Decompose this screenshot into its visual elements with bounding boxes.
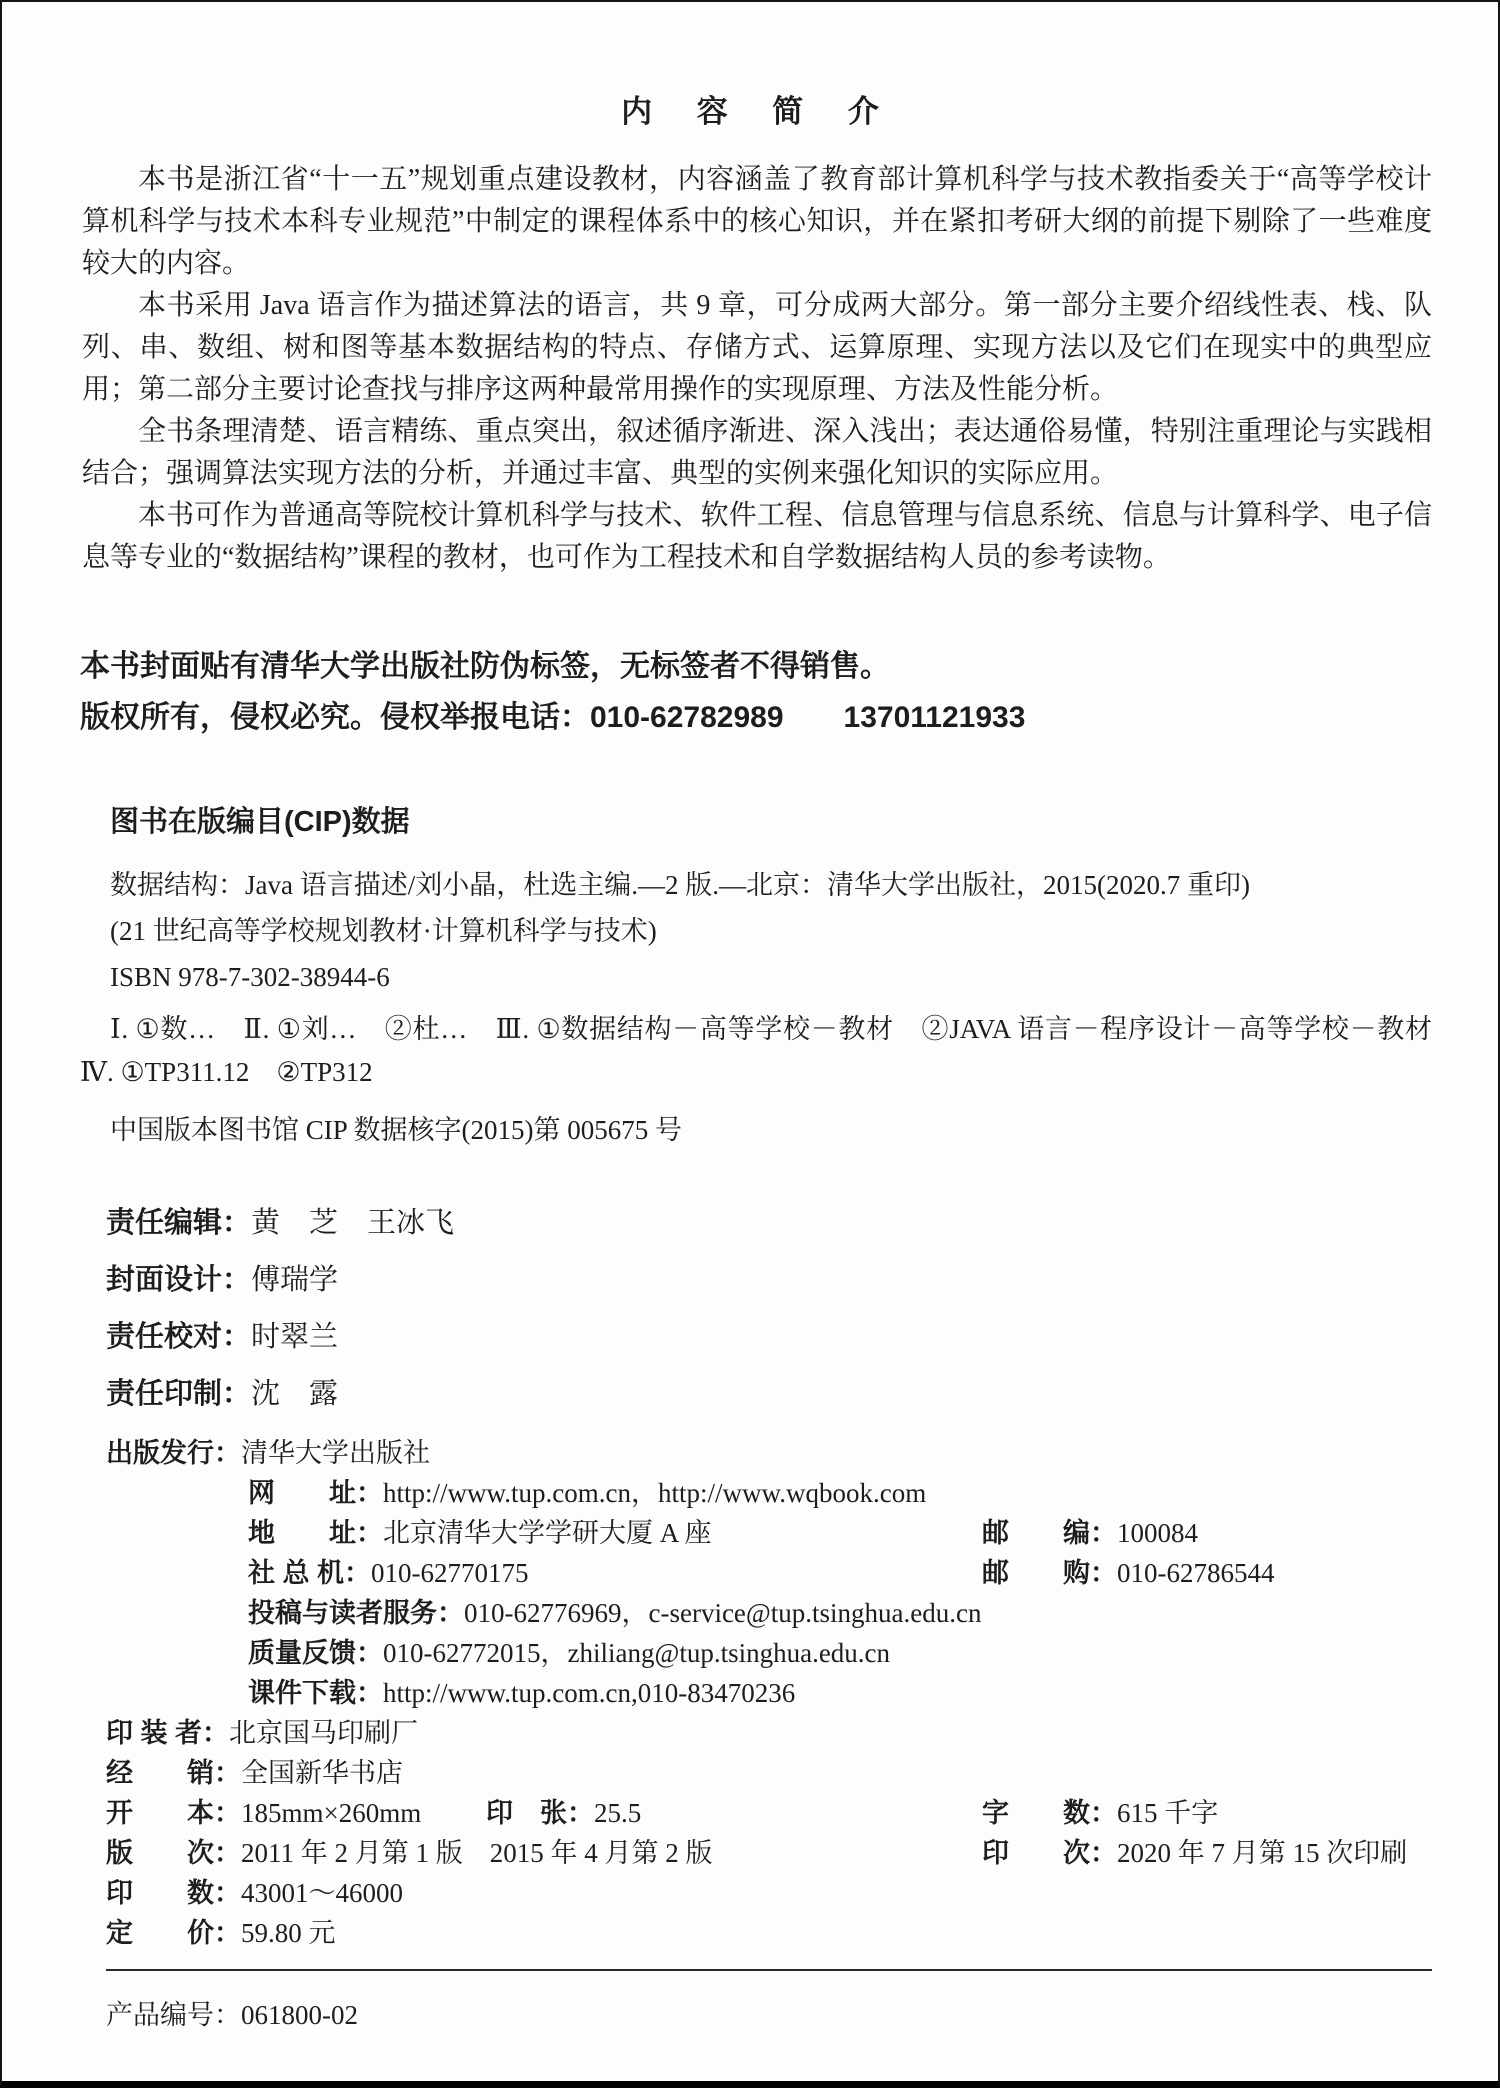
pub-value: 59.80 元: [241, 1918, 336, 1948]
pub-label: 印 数：: [106, 1878, 241, 1908]
pub-label: 地 址：: [248, 1518, 383, 1548]
pub-value: 43001～46000: [241, 1878, 403, 1908]
pub-value: 北京清华大学学研大厦 A 座: [383, 1518, 712, 1548]
pub-label: 印 张：: [486, 1798, 594, 1828]
pub-value: 010-62772015，zhiliang@tup.tsinghua.edu.c…: [383, 1638, 890, 1668]
credit-row: 责任校对：时翠兰: [106, 1309, 1498, 1366]
pub-right-col: 字 数：615 千字: [982, 1793, 1218, 1833]
product-code: 产品编号：061800-02: [106, 1993, 1498, 2032]
pub-value: 185mm×260mm: [241, 1798, 421, 1828]
intro-paragraph-3: 全书条理清楚、语言精练、重点突出，叙述循序渐进、深入浅出；表达通俗易懂，特别注重…: [82, 411, 1432, 495]
pub-value: 010-62776969，c-service@tup.tsinghua.edu.…: [464, 1598, 982, 1628]
pub-label: 社 总 机：: [248, 1558, 371, 1588]
cip-isbn: ISBN 978-7-302-38944-6: [110, 954, 1432, 1000]
divider-line: [106, 1969, 1432, 1971]
pub-value: 北京国马印刷厂: [229, 1718, 418, 1748]
pub-value: 010-62786544: [1117, 1558, 1275, 1588]
pub-right-col: 邮 编：100084: [982, 1513, 1198, 1553]
pub-value: http://www.tup.com.cn，http://www.wqbook.…: [383, 1478, 926, 1508]
credit-value: 时翠兰: [251, 1321, 338, 1353]
credit-label: 封面设计：: [106, 1264, 251, 1296]
pub-mid-col: 印 张：25.5: [486, 1798, 641, 1828]
pub-label: 开 本：: [106, 1798, 241, 1828]
pub-value: 25.5: [594, 1798, 641, 1828]
pub-value: 615 千字: [1117, 1798, 1218, 1828]
pub-row-reader-service: 投稿与读者服务：010-62776969，c-service@tup.tsing…: [106, 1593, 1498, 1633]
pub-right-col: 印 次：2020 年 7 月第 15 次印刷: [982, 1833, 1407, 1873]
pub-label: 邮 编：: [982, 1518, 1117, 1548]
pub-row-courseware: 课件下载：http://www.tup.com.cn,010-83470236: [106, 1673, 1498, 1713]
pub-label: 质量反馈：: [248, 1638, 383, 1668]
pub-value: http://www.tup.com.cn,010-83470236: [383, 1678, 795, 1708]
book-copyright-page: 内 容 简 介 本书是浙江省“十一五”规划重点建设教材，内容涵盖了教育部计算机科…: [0, 0, 1500, 2088]
pub-row-printer: 印 装 者：北京国马印刷厂: [106, 1713, 1498, 1753]
pub-value: 清华大学出版社: [241, 1438, 430, 1468]
pub-row-quality-feedback: 质量反馈：010-62772015，zhiliang@tup.tsinghua.…: [106, 1633, 1498, 1673]
credit-label: 责任编辑：: [106, 1207, 251, 1239]
pub-value: 全国新华书店: [241, 1758, 403, 1788]
intro-paragraph-1: 本书是浙江省“十一五”规划重点建设教材，内容涵盖了教育部计算机科学与技术教指委关…: [82, 159, 1432, 285]
credit-row: 责任编辑：黄 芝 王冰飞: [106, 1195, 1498, 1252]
pub-label: 投稿与读者服务：: [248, 1598, 464, 1628]
pub-row-edition: 版 次：2011 年 2 月第 1 版 2015 年 4 月第 2 版 印 次：…: [106, 1833, 1498, 1873]
cip-registry: 中国版本图书馆 CIP 数据核字(2015)第 005675 号: [110, 1108, 1498, 1147]
publisher-section: 出版发行：清华大学出版社 网 址：http://www.tup.com.cn，h…: [106, 1433, 1498, 1953]
credit-row: 封面设计：傅瑞学: [106, 1252, 1498, 1309]
pub-label: 邮 购：: [982, 1558, 1117, 1588]
pub-label: 字 数：: [982, 1798, 1117, 1828]
pub-label: 印 次：: [982, 1838, 1117, 1868]
credit-label: 责任印制：: [106, 1378, 251, 1410]
anti-piracy-notice: 本书封面贴有清华大学出版社防伪标签，无标签者不得销售。 版权所有，侵权必究。侵权…: [80, 641, 1432, 743]
pub-row-website: 网 址：http://www.tup.com.cn，http://www.wqb…: [106, 1473, 1498, 1513]
pub-label: 印 装 者：: [106, 1718, 229, 1748]
cip-classification: Ⅰ. ①数… Ⅱ. ①刘… ②杜… Ⅲ. ①数据结构－高等学校－教材 ②JAVA…: [80, 1008, 1432, 1094]
credit-label: 责任校对：: [106, 1321, 251, 1353]
pub-label: 经 销：: [106, 1758, 241, 1788]
pub-row-publisher: 出版发行：清华大学出版社: [106, 1433, 1498, 1473]
pub-row-print-run: 印 数：43001～46000: [106, 1873, 1498, 1913]
credits-section: 责任编辑：黄 芝 王冰飞 封面设计：傅瑞学 责任校对：时翠兰 责任印制：沈 露: [106, 1195, 1498, 1423]
pub-row-distributor: 经 销：全国新华书店: [106, 1753, 1498, 1793]
credit-value: 傅瑞学: [251, 1264, 338, 1296]
cip-block: 数据结构：Java 语言描述/刘小晶，杜选主编.—2 版.—北京：清华大学出版社…: [110, 862, 1432, 1000]
pub-label: 网 址：: [248, 1478, 383, 1508]
cip-series: (21 世纪高等学校规划教材·计算机科学与技术): [110, 908, 1432, 954]
page-title: 内 容 简 介: [2, 86, 1498, 131]
credit-row: 责任印制：沈 露: [106, 1366, 1498, 1423]
cip-record: 数据结构：Java 语言描述/刘小晶，杜选主编.—2 版.—北京：清华大学出版社…: [110, 862, 1432, 908]
pub-row-format: 开 本：185mm×260mm 印 张：25.5 字 数：615 千字: [106, 1793, 1498, 1833]
pub-label: 定 价：: [106, 1918, 241, 1948]
pub-right-col: 邮 购：010-62786544: [982, 1553, 1275, 1593]
intro-section: 本书是浙江省“十一五”规划重点建设教材，内容涵盖了教育部计算机科学与技术教指委关…: [82, 159, 1432, 579]
pub-value: 2011 年 2 月第 1 版 2015 年 4 月第 2 版: [241, 1838, 713, 1868]
cip-heading: 图书在版编目(CIP)数据: [110, 799, 1498, 840]
pub-value: 010-62770175: [371, 1558, 529, 1588]
pub-value: 2020 年 7 月第 15 次印刷: [1117, 1838, 1407, 1868]
pub-label: 版 次：: [106, 1838, 241, 1868]
pub-label: 出版发行：: [106, 1438, 241, 1468]
pub-label: 课件下载：: [248, 1678, 383, 1708]
pub-value: 100084: [1117, 1518, 1198, 1548]
credit-value: 黄 芝 王冰飞: [251, 1207, 454, 1239]
copyright-hotline-line: 版权所有，侵权必究。侵权举报电话：010-62782989 1370112193…: [80, 692, 1432, 743]
intro-paragraph-4: 本书可作为普通高等院校计算机科学与技术、软件工程、信息管理与信息系统、信息与计算…: [82, 495, 1432, 579]
intro-paragraph-2: 本书采用 Java 语言作为描述算法的语言，共 9 章，可分成两大部分。第一部分…: [82, 285, 1432, 411]
anti-piracy-line: 本书封面贴有清华大学出版社防伪标签，无标签者不得销售。: [80, 641, 1432, 692]
pub-row-switchboard: 社 总 机：010-62770175 邮 购：010-62786544: [106, 1553, 1498, 1593]
credit-value: 沈 露: [251, 1378, 338, 1410]
pub-row-price: 定 价：59.80 元: [106, 1913, 1498, 1953]
pub-row-address: 地 址：北京清华大学学研大厦 A 座 邮 编：100084: [106, 1513, 1498, 1553]
